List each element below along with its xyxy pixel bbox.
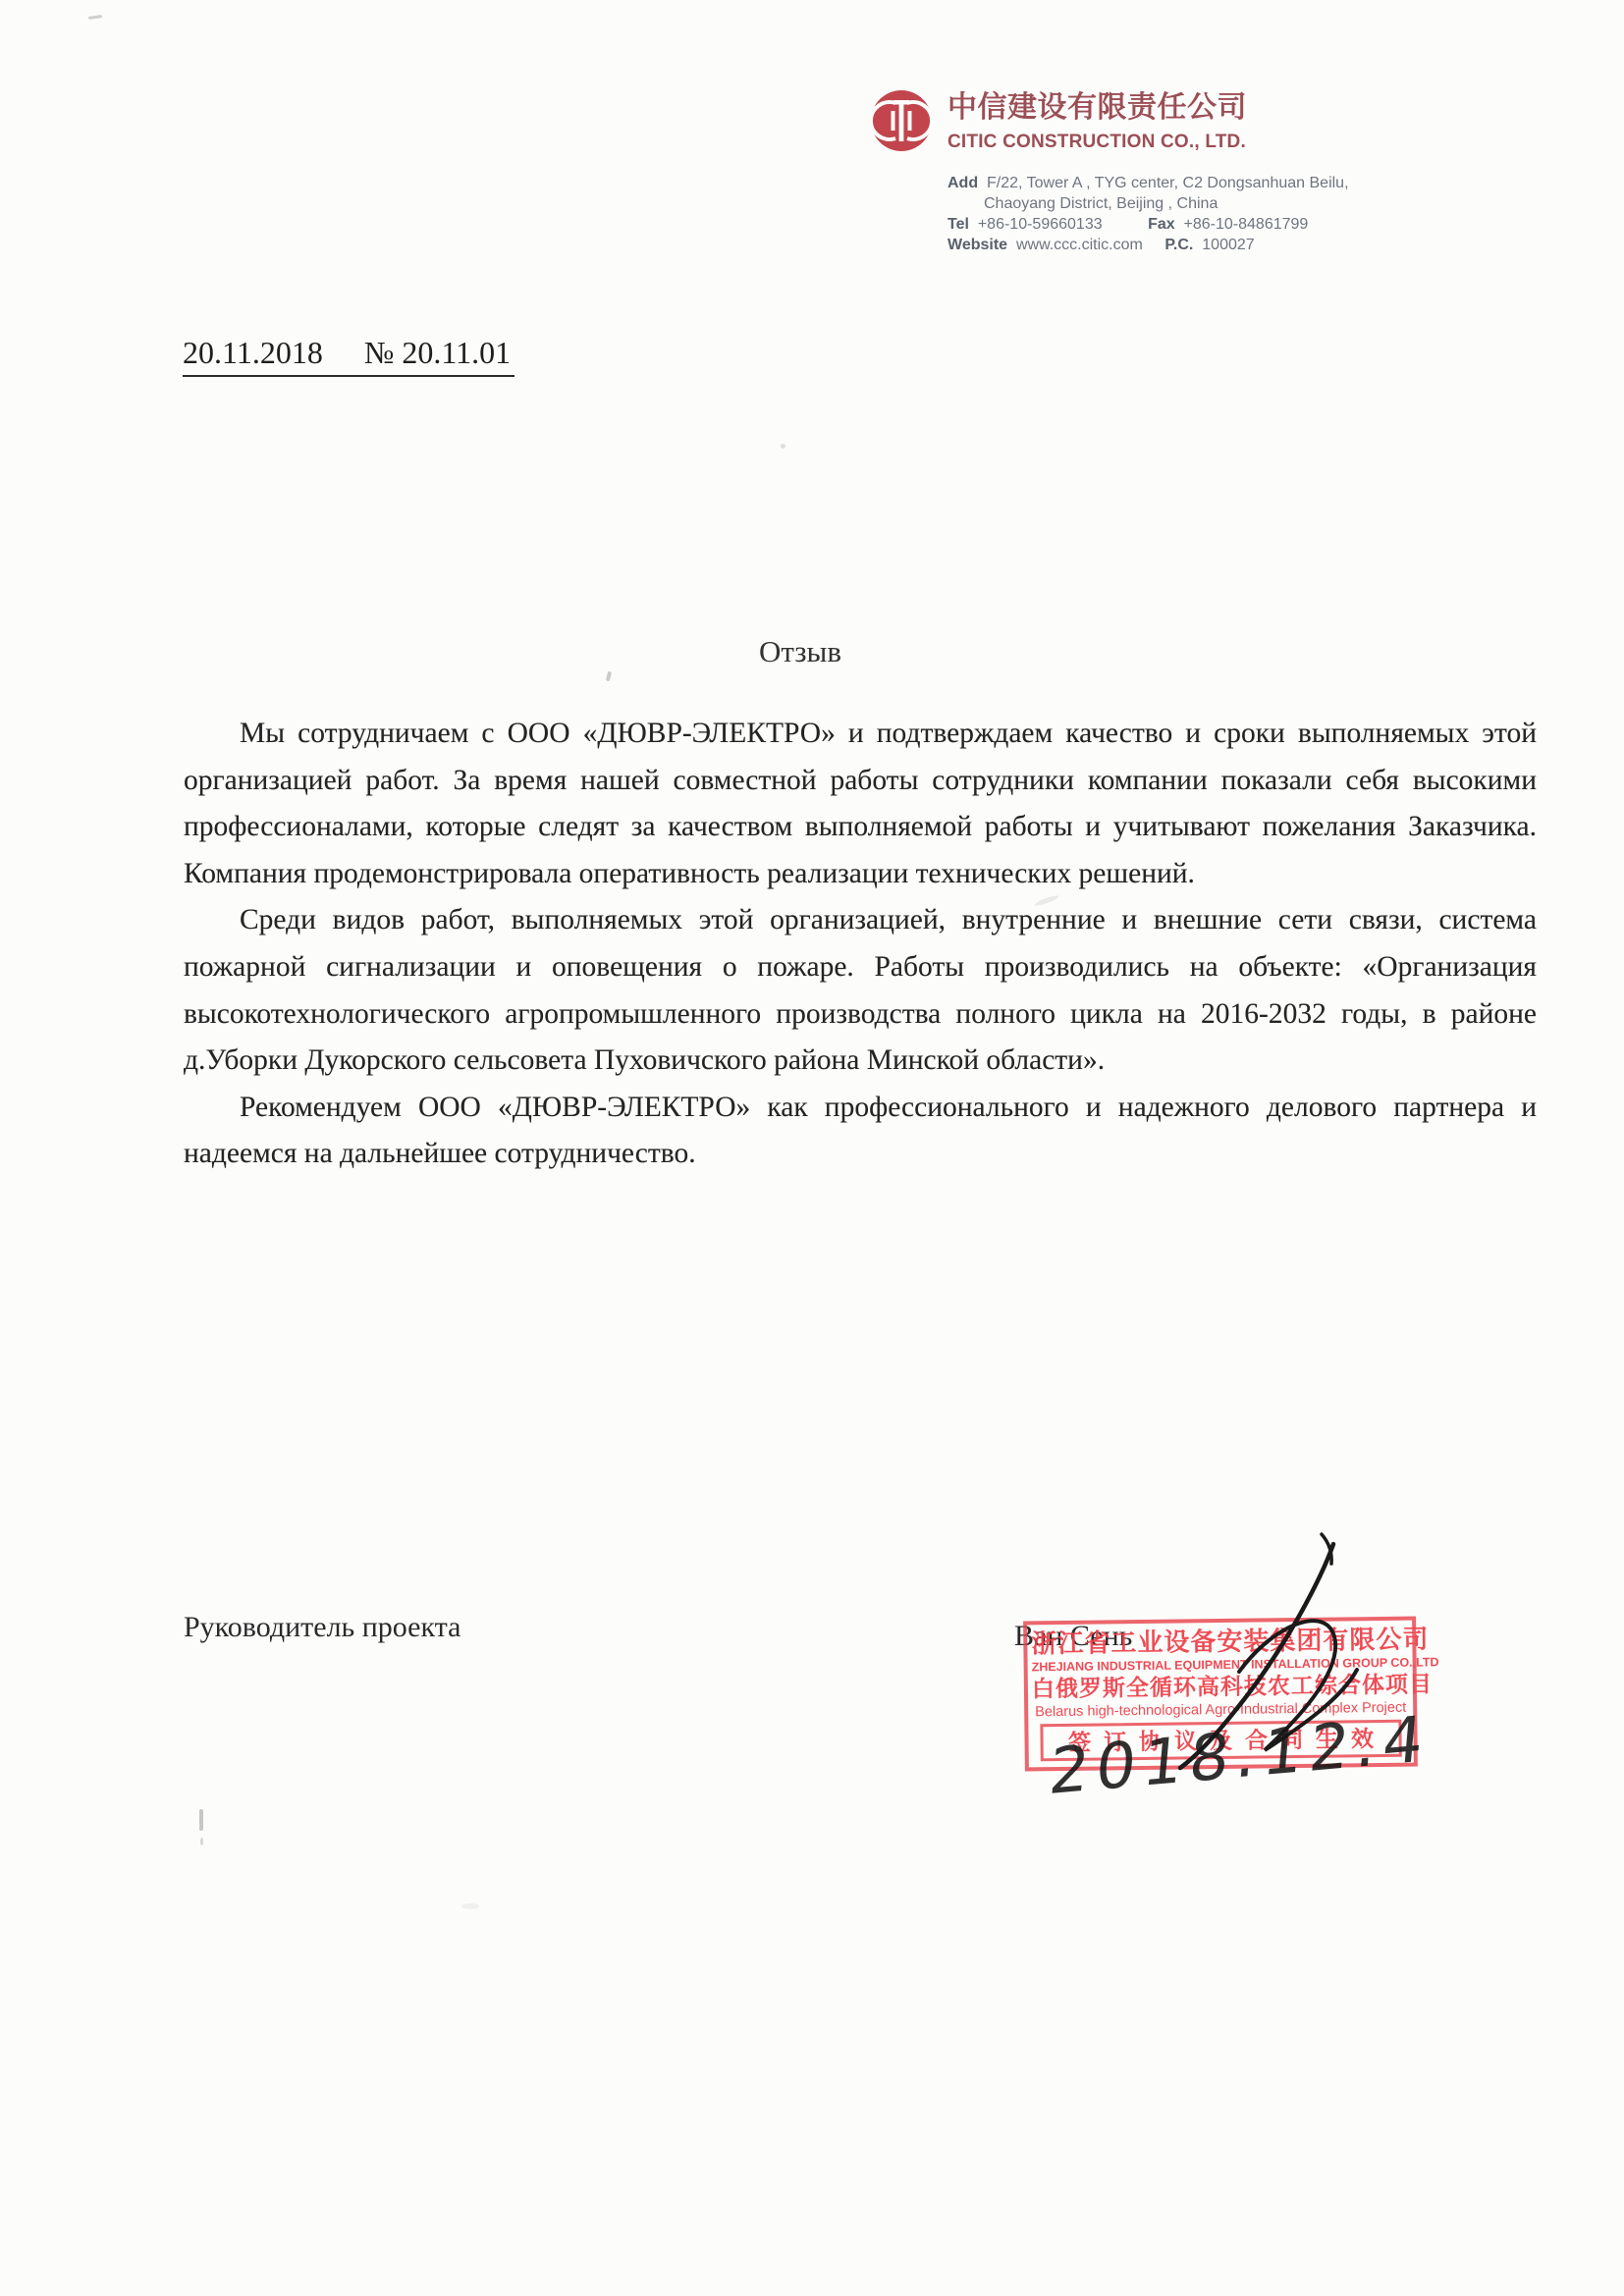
contact-block: Add F/22, Tower A , TYG center, C2 Dongs… bbox=[947, 173, 1360, 255]
paragraph-3: Рекомендуем ООО «ДЮВР-ЭЛЕКТРО» как профе… bbox=[184, 1085, 1537, 1178]
signer-role: Руководитель проекта bbox=[184, 1611, 460, 1644]
scan-artifact bbox=[199, 1809, 203, 1831]
website-label: Website bbox=[947, 237, 1007, 253]
reference-number: № 20.11.01 bbox=[364, 335, 511, 371]
letter-title: Отзыв bbox=[0, 634, 1600, 669]
scan-artifact bbox=[200, 1838, 203, 1845]
scan-artifact bbox=[606, 671, 612, 682]
address-label: Add bbox=[947, 175, 978, 191]
reference-line: 20.11.2018 № 20.11.01 bbox=[183, 335, 514, 377]
letter-body: Мы сотрудничаем с ООО «ДЮВР-ЭЛЕКТРО» и п… bbox=[184, 711, 1537, 1178]
tel-label: Tel bbox=[947, 216, 969, 233]
company-name-chinese: 中信建设有限责任公司 bbox=[947, 82, 1247, 126]
tel-value: +86-10-59660133 bbox=[978, 216, 1103, 233]
address-line-1: Add F/22, Tower A , TYG center, C2 Dongs… bbox=[947, 173, 1360, 193]
company-name-english: CITIC CONSTRUCTION CO., LTD. bbox=[947, 132, 1247, 153]
pc-value: 100027 bbox=[1202, 237, 1254, 253]
paragraph-2: Среди видов работ, выполняемых этой орга… bbox=[184, 897, 1537, 1084]
fax-label: Fax bbox=[1148, 216, 1175, 233]
scanned-letter-page: 中信建设有限责任公司 CITIC CONSTRUCTION CO., LTD. … bbox=[0, 0, 1624, 2296]
website-pc-line: Website www.ccc.citic.com P.C. 100027 bbox=[947, 235, 1360, 255]
tel-fax-line: Tel +86-10-59660133 Fax +86-10-84861799 bbox=[947, 214, 1360, 235]
paragraph-1: Мы сотрудничаем с ООО «ДЮВР-ЭЛЕКТРО» и п… bbox=[184, 711, 1537, 897]
scan-artifact bbox=[88, 15, 102, 20]
pc-label: P.C. bbox=[1164, 237, 1193, 253]
address-value-1: F/22, Tower A , TYG center, C2 Dongsanhu… bbox=[987, 175, 1349, 191]
fax-value: +86-10-84861799 bbox=[1184, 216, 1309, 233]
citic-logo-icon bbox=[870, 89, 933, 152]
address-line-2: Chaoyang District, Beijing , China bbox=[947, 193, 1360, 214]
website-value: www.ccc.citic.com bbox=[1016, 237, 1143, 253]
scan-artifact bbox=[461, 1903, 479, 1909]
scan-artifact bbox=[781, 444, 785, 449]
company-header: 中信建设有限责任公司 CITIC CONSTRUCTION CO., LTD. bbox=[947, 82, 1247, 153]
reference-date: 20.11.2018 bbox=[183, 335, 323, 371]
